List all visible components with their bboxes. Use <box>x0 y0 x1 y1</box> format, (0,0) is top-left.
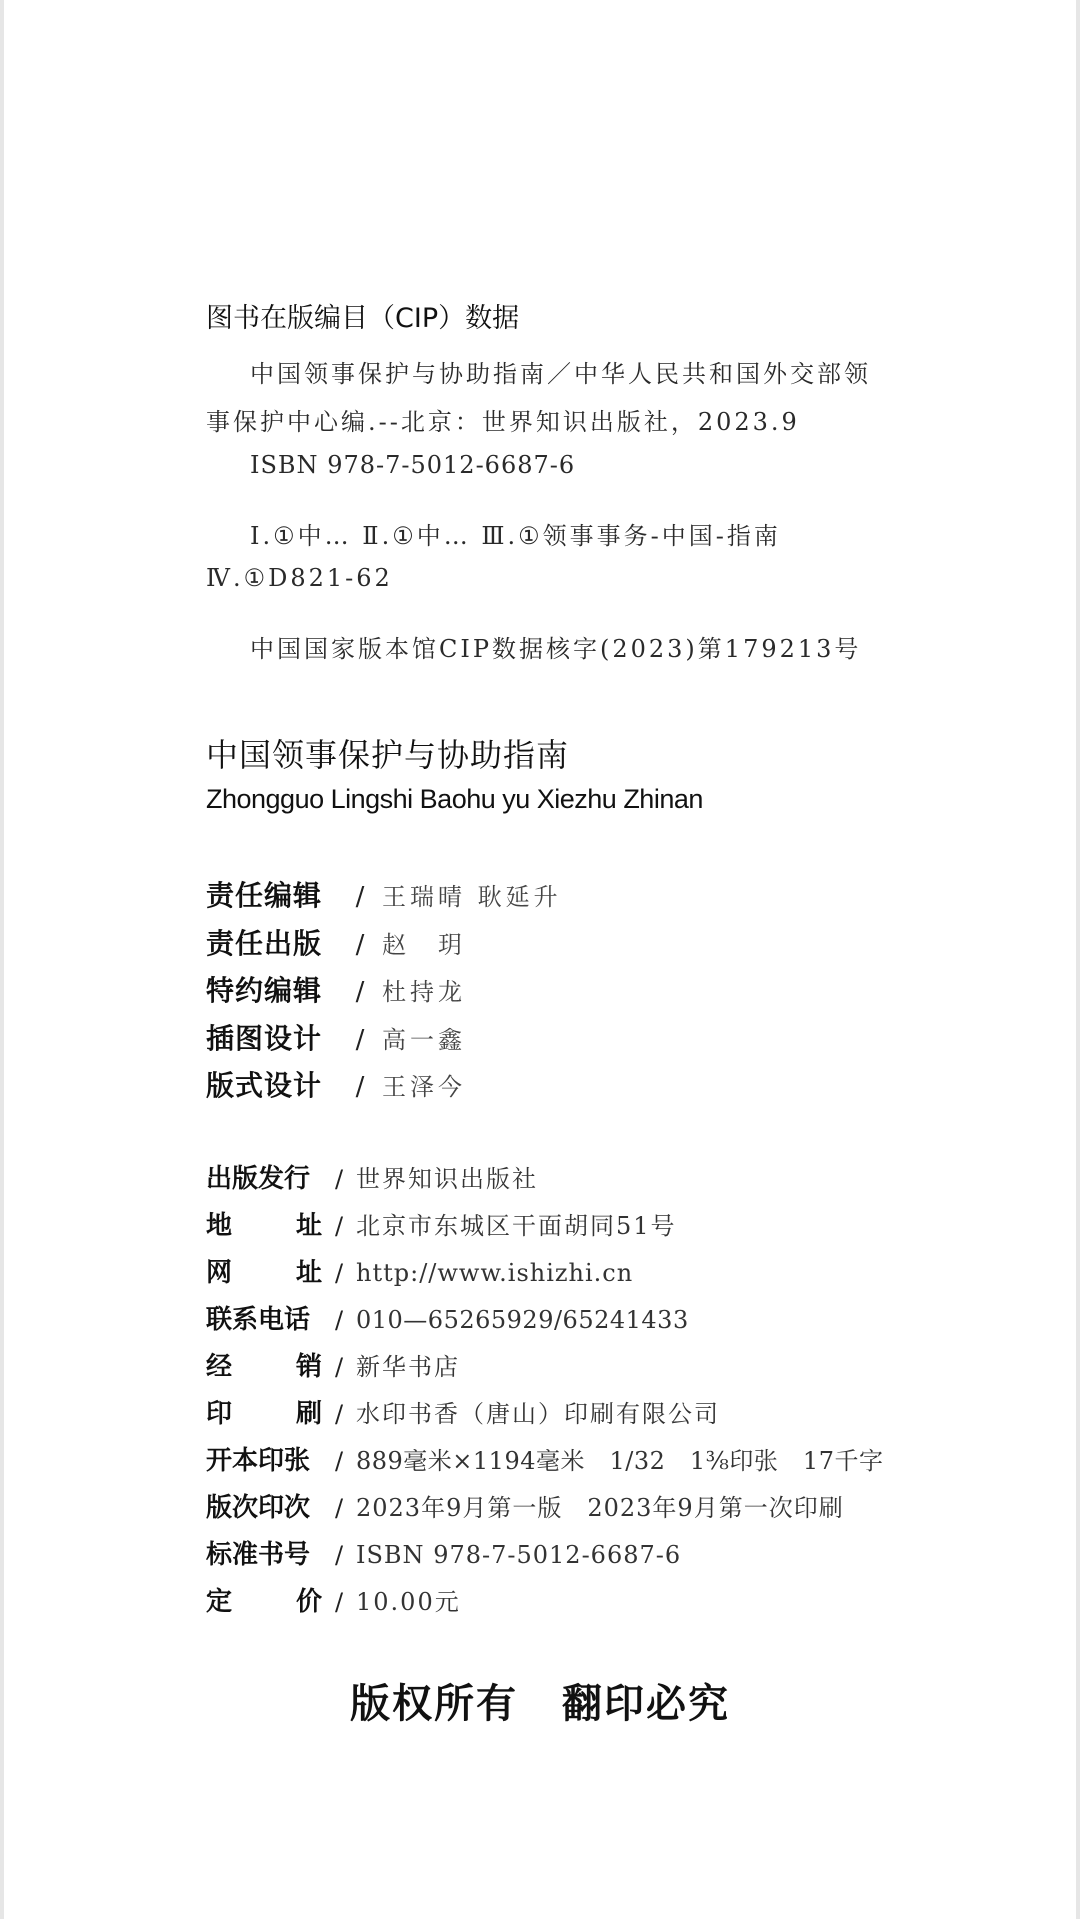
credit-row: 版式设计 / 王泽今 <box>206 1064 466 1104</box>
label-part: 销 <box>296 1346 322 1383</box>
label-part: 出版发行 <box>206 1158 310 1195</box>
publication-row: 印刷 / 水印书香（唐山）印刷有限公司 <box>206 1393 720 1430</box>
credit-value: 杜持龙 <box>382 972 466 1007</box>
label-part: 网 <box>206 1252 232 1289</box>
copyright-left: 版权所有 <box>350 1681 518 1727</box>
separator: / <box>322 1447 356 1475</box>
separator: / <box>338 930 382 960</box>
label-part: 刷 <box>296 1393 322 1430</box>
publication-label: 出版发行 <box>206 1158 322 1195</box>
separator: / <box>322 1353 356 1381</box>
publication-label: 印刷 <box>206 1393 322 1430</box>
isbn-value: ISBN 978-7-5012-6687-6 <box>356 1541 681 1569</box>
distributor-value: 新华书店 <box>356 1347 460 1382</box>
label-part: 印 <box>206 1393 232 1430</box>
credit-label: 插图设计 <box>206 1017 338 1057</box>
credit-row: 责任编辑 / 王瑞晴 耿延升 <box>206 874 562 914</box>
price-value: 10.00元 <box>356 1582 461 1617</box>
label-part: 价 <box>296 1581 322 1618</box>
separator: / <box>338 882 382 912</box>
separator: / <box>322 1494 356 1522</box>
publication-row: 标准书号 / ISBN 978-7-5012-6687-6 <box>206 1534 681 1571</box>
address-value: 北京市东城区干面胡同51号 <box>356 1206 677 1241</box>
label-part: 址 <box>296 1205 322 1242</box>
phone-value: 010—65265929/65241433 <box>356 1306 689 1334</box>
publication-label: 经销 <box>206 1346 322 1383</box>
publication-label: 联系电话 <box>206 1299 322 1336</box>
label-part: 址 <box>296 1252 322 1289</box>
publication-row: 网址 / http://www.ishizhi.cn <box>206 1252 633 1289</box>
separator: / <box>322 1212 356 1240</box>
label-part: 版次印次 <box>206 1487 310 1524</box>
cip-classification-line-2: Ⅳ.①D821-62 <box>206 564 393 592</box>
cip-heading: 图书在版编目（CIP）数据 <box>206 296 519 335</box>
cip-classification-line: Ⅰ.①中… Ⅱ.①中… Ⅲ.①领事事务-中国-指南 <box>250 516 781 551</box>
label-part: 地 <box>206 1205 232 1242</box>
label-part: 定 <box>206 1581 232 1618</box>
credit-row: 责任出版 / 赵 玥 <box>206 922 466 962</box>
format-value: 889毫米×1194毫米 1/32 1⅜印张 17千字 <box>356 1441 883 1476</box>
publication-label: 定价 <box>206 1581 322 1618</box>
website-link[interactable]: http://www.ishizhi.cn <box>356 1259 633 1287</box>
label-part: 经 <box>206 1346 232 1383</box>
printer-value: 水印书香（唐山）印刷有限公司 <box>356 1394 720 1429</box>
publication-row: 联系电话 / 010—65265929/65241433 <box>206 1299 689 1336</box>
publication-row: 地址 / 北京市东城区干面胡同51号 <box>206 1205 677 1242</box>
credit-value: 赵 玥 <box>382 925 466 960</box>
credit-value: 王泽今 <box>382 1067 466 1102</box>
copyright-page: 图书在版编目（CIP）数据 中国领事保护与协助指南／中华人民共和国外交部领 事保… <box>0 0 1080 1919</box>
separator: / <box>322 1165 356 1193</box>
credit-label: 特约编辑 <box>206 969 338 1009</box>
publication-row: 定价 / 10.00元 <box>206 1581 461 1618</box>
publisher-value: 世界知识出版社 <box>356 1159 538 1194</box>
publication-label: 开本印张 <box>206 1440 322 1477</box>
publication-row: 版次印次 / 2023年9月第一版 2023年9月第一次印刷 <box>206 1487 844 1524</box>
credit-label: 责任编辑 <box>206 874 338 914</box>
publication-label: 网址 <box>206 1252 322 1289</box>
publication-label: 版次印次 <box>206 1487 322 1524</box>
cip-line-1: 中国领事保护与协助指南／中华人民共和国外交部领 <box>250 354 871 389</box>
credit-value: 王瑞晴 耿延升 <box>382 877 562 912</box>
separator: / <box>338 1072 382 1102</box>
credit-label: 版式设计 <box>206 1064 338 1104</box>
separator: / <box>338 977 382 1007</box>
book-title: 中国领事保护与协助指南 <box>206 730 569 776</box>
label-part: 标准书号 <box>206 1534 310 1571</box>
credit-row: 特约编辑 / 杜持龙 <box>206 969 466 1009</box>
credit-row: 插图设计 / 高一鑫 <box>206 1017 466 1057</box>
separator: / <box>322 1259 356 1287</box>
label-part: 联系电话 <box>206 1299 310 1336</box>
separator: / <box>322 1588 356 1616</box>
separator: / <box>338 1025 382 1055</box>
cip-isbn-line: ISBN 978-7-5012-6687-6 <box>250 451 575 479</box>
publication-label: 标准书号 <box>206 1534 322 1571</box>
copyright-right: 翻印必究 <box>562 1681 730 1727</box>
publication-label: 地址 <box>206 1205 322 1242</box>
cip-line-2: 事保护中心编.--北京：世界知识出版社，2023.9 <box>206 402 800 437</box>
separator: / <box>322 1306 356 1334</box>
credit-value: 高一鑫 <box>382 1020 466 1055</box>
publication-row: 经销 / 新华书店 <box>206 1346 460 1383</box>
publication-row: 开本印张 / 889毫米×1194毫米 1/32 1⅜印张 17千字 <box>206 1440 883 1477</box>
separator: / <box>322 1541 356 1569</box>
copyright-notice: 版权所有翻印必究 <box>0 1672 1080 1729</box>
edition-value: 2023年9月第一版 2023年9月第一次印刷 <box>356 1488 844 1523</box>
label-part: 开本印张 <box>206 1440 310 1477</box>
book-title-pinyin: Zhongguo Lingshi Baohu yu Xiezhu Zhinan <box>206 784 703 815</box>
credit-label: 责任出版 <box>206 922 338 962</box>
cip-approval-number: 中国国家版本馆CIP数据核字(2023)第179213号 <box>250 629 861 664</box>
separator: / <box>322 1400 356 1428</box>
publication-row: 出版发行 / 世界知识出版社 <box>206 1158 538 1195</box>
